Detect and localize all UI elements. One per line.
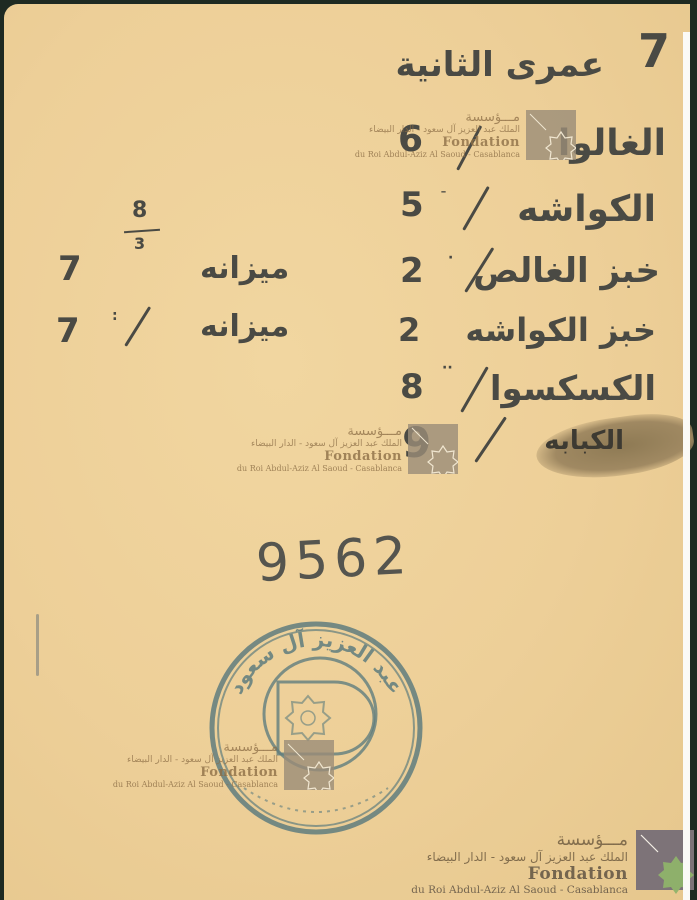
watermark: مـــؤسسة الملك عبد العزيز آل سعود - الدا… [148,424,458,476]
item-mark-dot: ¯ [440,190,447,206]
scan-edge [683,32,690,900]
watermark-arabic-title: مـــؤسسة [28,740,278,755]
side-note-value: 7 [58,252,82,286]
item-name: الكسكسوا [490,372,656,406]
reference-number: 9562 [255,530,414,590]
item-name: الكواشه [517,192,656,228]
watermark-french-title: Fondation [152,449,402,464]
watermark-arabic-subtitle: الملك عبد العزيز آل سعود - الدار البيضاء [368,850,628,864]
watermark-corner: مـــؤسسة الملك عبد العزيز آل سعود - الدا… [370,830,694,896]
header-number: 7 [638,28,670,74]
item-name: خبز الغالص [473,254,660,288]
watermark: مـــؤسسة الملك عبد العزيز آل سعود - الدا… [266,110,576,162]
item-mark-dot: · [448,250,453,266]
watermark-arabic-subtitle: الملك عبد العزيز آل سعود - الدار البيضاء [28,755,278,765]
watermark-french-subtitle: du Roi Abdul-Aziz Al Saoud - Casablanca [152,464,402,473]
side-note-label: ميزانه [200,254,289,284]
header-title: عمرى الثانية [396,48,605,82]
watermark-arabic-subtitle: الملك عبد العزيز آل سعود - الدار البيضاء [270,125,520,135]
item-mark [460,366,489,413]
fraction-bar [124,229,160,234]
side-note-value: 7 [56,314,80,348]
document-card: عمرى الثانية 7 الغالوا 6 الكواشه 5 ¯ خبز… [4,4,690,900]
watermark-arabic-title: مـــؤسسة [368,830,628,850]
watermark-french-subtitle: du Roi Abdul-Aziz Al Saoud - Casablanca [28,780,278,789]
item-quantity: 2 [400,254,424,288]
watermark-french-subtitle: du Roi Abdul-Aziz Al Saoud - Casablanca [270,150,520,159]
circular-stamp: عبد العزيز آل سعود [204,616,429,841]
foundation-logo-icon [526,110,576,160]
watermark-arabic-title: مـــؤسسة [152,424,402,439]
stamp-text: عبد العزيز آل سعود [224,627,409,698]
side-note-mark-dot: : [112,308,118,324]
side-note-fraction-bottom: 3 [134,236,145,252]
watermark-arabic-subtitle: الملك عبد العزيز آل سعود - الدار البيضاء [152,439,402,449]
item-quantity: 8 [400,370,424,404]
item-name-smudged: الكبابه [544,428,624,454]
item-mark [462,186,490,231]
item-mark-dot: ·· [442,360,453,376]
side-note-fraction-top: 8 [132,200,147,222]
watermark-french-subtitle: du Roi Abdul-Aziz Al Saoud - Casablanca [368,884,628,896]
item-quantity: 5 [400,188,424,222]
watermark-french-title: Fondation [28,765,278,780]
svg-text:عبد العزيز آل سعود: عبد العزيز آل سعود [224,627,409,698]
side-note-label: ميزانه [200,312,289,342]
watermark-arabic-title: مـــؤسسة [270,110,520,125]
item-mark [474,416,507,462]
watermark: مـــؤسسة الملك عبد العزيز آل سعود - الدا… [24,740,334,792]
foundation-logo-icon [408,424,458,474]
foundation-logo-icon [284,740,334,790]
margin-mark [36,614,39,676]
watermark-french-title: Fondation [270,135,520,150]
item-name: خبز الكواشه [465,314,656,346]
side-note-mark [124,306,151,347]
watermark-french-title: Fondation [368,864,628,884]
item-quantity: 2 [398,314,420,346]
